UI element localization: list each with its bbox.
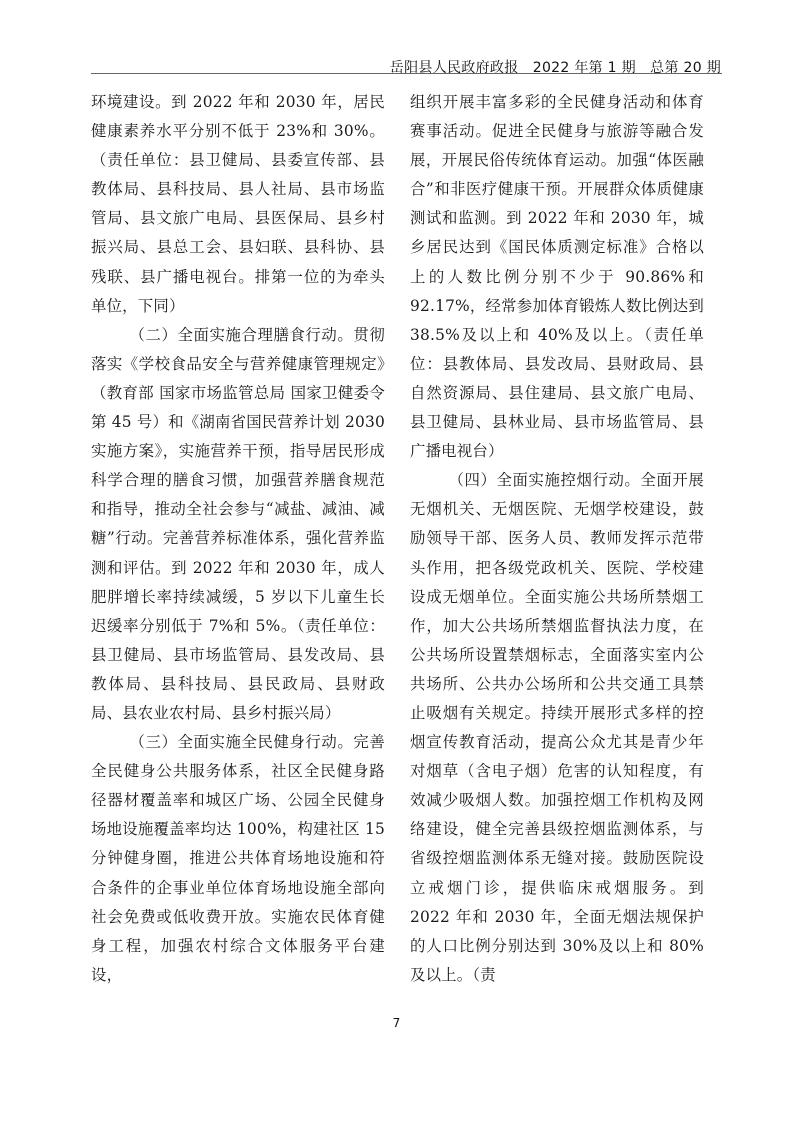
header-rule [91,73,722,74]
paragraph-section-4-tobacco-control: （四）全面实施控烟行动。全面开展无烟机关、无烟医院、无烟学校建设，鼓励领导干部、… [410,466,704,990]
left-column: 环境建设。到 2022 年和 2030 年，居民健康素养水平分别不低于 23%和… [91,88,385,990]
running-header: 岳阳县人民政府政报 2022 年第 1 期 总第 20 期 [390,57,721,77]
paragraph-health-literacy-continued: 环境建设。到 2022 年和 2030 年，居民健康素养水平分别不低于 23%和… [91,88,385,321]
paragraph-section-3-fitness: （三）全面实施全民健身行动。完善全民健身公共服务体系，社区全民健身路径器材覆盖率… [91,728,385,990]
paragraph-fitness-continued: 组织开展丰富多彩的全民健身活动和体育赛事活动。促进全民健身与旅游等融合发展，开展… [410,88,704,466]
page-number: 7 [0,1016,793,1030]
right-column: 组织开展丰富多彩的全民健身活动和体育赛事活动。促进全民健身与旅游等融合发展，开展… [410,88,704,990]
paragraph-section-2-diet: （二）全面实施合理膳食行动。贯彻落实《学校食品安全与营养健康管理规定》（教育部 … [91,321,385,728]
